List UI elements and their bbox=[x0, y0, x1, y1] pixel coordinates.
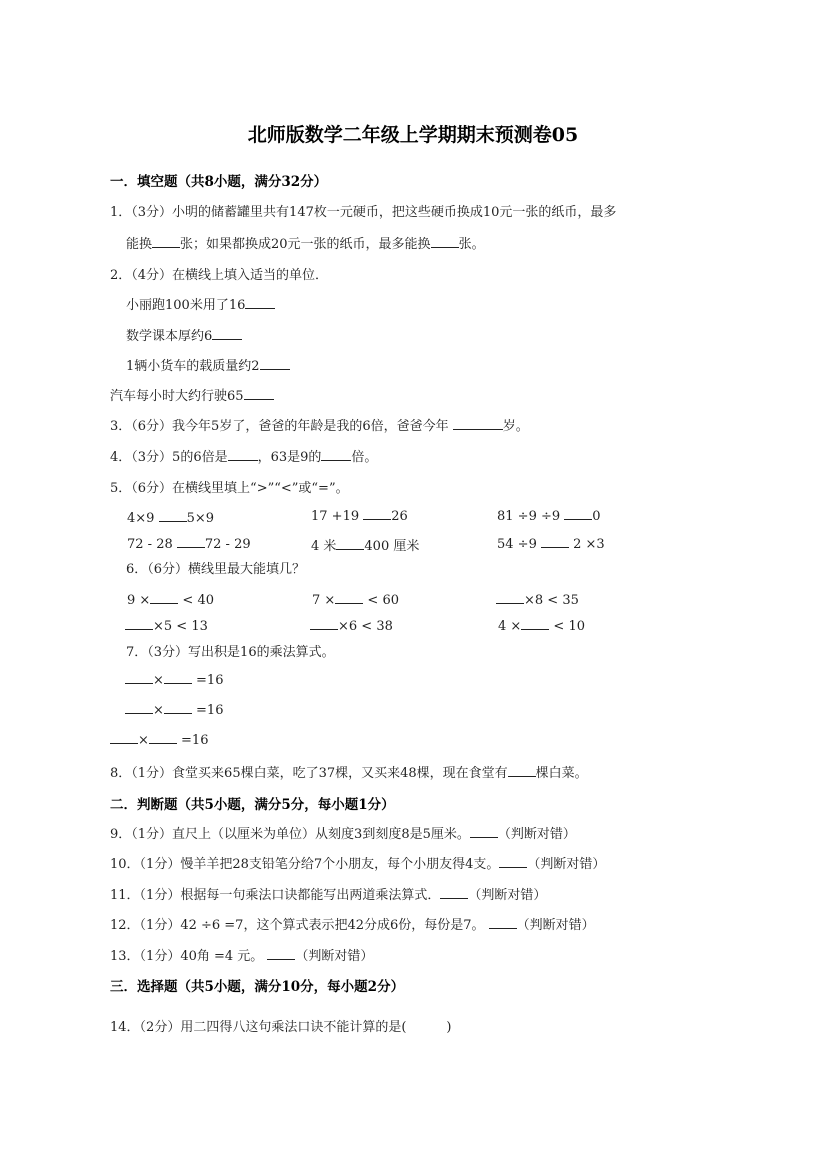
q6-item: 7 × < 60 bbox=[312, 591, 399, 608]
answer-blank[interactable] bbox=[564, 507, 592, 520]
page-title: 北师版数学二年级上学期期末预测卷05 bbox=[0, 120, 826, 147]
q6-item: 4 × < 10 bbox=[498, 617, 585, 634]
answer-blank[interactable] bbox=[499, 855, 527, 868]
q8-suffix: 棵白菜。 bbox=[536, 766, 588, 781]
q5-item: 4 米400 厘米 bbox=[311, 535, 419, 554]
answer-blank[interactable] bbox=[508, 764, 536, 777]
section-heading-fill-in: 一．填空题（共8小题，满分32分） bbox=[110, 170, 327, 190]
judge-question: 10．（1分）慢羊羊把28支铅笔分给7个小朋友，每个小朋友得4支。（判断对错） bbox=[110, 853, 605, 872]
section-heading-multiple-choice: 三．选择题（共5小题，满分10分，每小题2分） bbox=[110, 975, 404, 995]
question-6-stem: 6．（6分）横线里最大能填几？ bbox=[126, 558, 305, 577]
answer-blank[interactable] bbox=[496, 591, 524, 604]
question-1-line-1: 1．（3分）小明的储蓄罐里共有147枚一元硬币，把这些硬币换成10元一张的纸币，… bbox=[110, 201, 616, 220]
question-5-stem: 5．（6分）在横线里填上“>”“<”或“=”。 bbox=[110, 477, 349, 496]
judge-question: 13．（1分）40角 =4 元。 （判断对错） bbox=[110, 945, 373, 964]
q7-equation: × =16 bbox=[125, 701, 223, 718]
q6-item: ×5 < 13 bbox=[125, 617, 208, 634]
question-7-stem: 7．（3分）写出积是16的乘法算式。 bbox=[126, 641, 335, 660]
q2-item-text: 汽车每小时大约行驶65 bbox=[110, 389, 244, 404]
answer-blank[interactable] bbox=[470, 825, 498, 838]
answer-blank[interactable] bbox=[335, 591, 363, 604]
answer-blank[interactable] bbox=[489, 916, 517, 929]
q4-text-a: 4．（3分）5的6倍是 bbox=[110, 450, 228, 465]
judge-question: 11．（1分）根据每一句乘法口诀都能写出两道乘法算式．（判断对错） bbox=[110, 884, 546, 903]
q2-item-text: 1辆小货车的载质量约2 bbox=[126, 359, 260, 374]
q2-item-text: 数学课本厚约6 bbox=[126, 329, 212, 344]
q4-text-b: ，63是9的 bbox=[258, 450, 322, 465]
answer-blank[interactable] bbox=[260, 357, 290, 370]
q5-item: 54 ÷9 2 ×3 bbox=[497, 535, 605, 552]
answer-blank[interactable] bbox=[125, 617, 153, 630]
answer-blank[interactable] bbox=[521, 617, 549, 630]
answer-blank[interactable] bbox=[177, 535, 205, 548]
judge-question: 12．（1分）42 ÷6 =7，这个算式表示把42分成6份，每份是7。 （判断对… bbox=[110, 914, 595, 933]
answer-blank[interactable] bbox=[149, 731, 177, 744]
answer-blank[interactable] bbox=[440, 886, 468, 899]
answer-blank[interactable] bbox=[125, 701, 153, 714]
answer-blank[interactable] bbox=[164, 671, 192, 684]
answer-blank[interactable] bbox=[152, 235, 180, 248]
answer-paren-close: ) bbox=[446, 1020, 451, 1035]
q5-item: 4×9 5×9 bbox=[127, 509, 214, 526]
answer-blank[interactable] bbox=[125, 671, 153, 684]
answer-blank[interactable] bbox=[267, 947, 295, 960]
answer-blank[interactable] bbox=[363, 507, 391, 520]
answer-blank[interactable] bbox=[110, 731, 138, 744]
q4-text-c: 倍。 bbox=[351, 450, 377, 465]
q6-item: 9 × < 40 bbox=[127, 591, 214, 608]
exam-page: 北师版数学二年级上学期期末预测卷05 一．填空题（共8小题，满分32分） 1．（… bbox=[0, 0, 826, 1169]
answer-blank[interactable] bbox=[164, 701, 192, 714]
q8-text: 8．（1分）食堂买来65棵白菜，吃了37棵，又买来48棵，现在食堂有 bbox=[110, 766, 508, 781]
question-3: 3．（6分）我今年5岁了，爸爸的年龄是我的6倍，爸爸今年 岁。 bbox=[110, 415, 529, 434]
answer-blank[interactable] bbox=[245, 296, 275, 309]
question-2-stem: 2．（4分）在横线上填入适当的单位． bbox=[110, 264, 328, 283]
answer-blank[interactable] bbox=[244, 387, 274, 400]
answer-paren-open: ( bbox=[401, 1020, 406, 1035]
q5-item: 81 ÷9 ÷9 0 bbox=[497, 507, 601, 524]
question-2-item: 汽车每小时大约行驶65 bbox=[110, 385, 274, 404]
answer-blank[interactable] bbox=[453, 417, 503, 430]
answer-blank[interactable] bbox=[159, 509, 187, 522]
q5-item: 17 +19 26 bbox=[311, 507, 408, 524]
question-14: 14．（2分）用二四得八这句乘法口诀不能计算的是() bbox=[110, 1016, 451, 1035]
q2-item-text: 小丽跑100米用了16 bbox=[126, 298, 245, 313]
q1-text-b: 张；如果都换成20元一张的纸币，最多能换 bbox=[180, 237, 431, 252]
answer-blank[interactable] bbox=[431, 235, 459, 248]
judge-question: 9．（1分）直尺上（以厘米为单位）从刻度3到刻度8是5厘米。（判断对错） bbox=[110, 823, 576, 842]
q7-equation: × =16 bbox=[110, 731, 208, 748]
answer-blank[interactable] bbox=[541, 535, 569, 548]
question-4: 4．（3分）5的6倍是，63是9的倍。 bbox=[110, 446, 377, 465]
answer-blank[interactable] bbox=[212, 327, 242, 340]
answer-blank[interactable] bbox=[336, 537, 364, 550]
q14-text: 14．（2分）用二四得八这句乘法口诀不能计算的是 bbox=[110, 1020, 401, 1035]
q1-text-a: 能换 bbox=[126, 237, 152, 252]
answer-blank[interactable] bbox=[228, 448, 258, 461]
answer-blank[interactable] bbox=[321, 448, 351, 461]
question-1-line-2: 能换张；如果都换成20元一张的纸币，最多能换张。 bbox=[126, 233, 485, 252]
q6-item: ×8 < 35 bbox=[496, 591, 579, 608]
question-2-item: 数学课本厚约6 bbox=[126, 325, 242, 344]
q1-text-c: 张。 bbox=[459, 237, 485, 252]
q5-item: 72 - 28 72 - 29 bbox=[127, 535, 251, 552]
q3-suffix: 岁。 bbox=[503, 419, 529, 434]
q3-text: 3．（6分）我今年5岁了，爸爸的年龄是我的6倍，爸爸今年 bbox=[110, 419, 453, 434]
q7-equation: × =16 bbox=[125, 671, 223, 688]
section-heading-true-false: 二．判断题（共5小题，满分5分，每小题1分） bbox=[110, 793, 395, 813]
question-8: 8．（1分）食堂买来65棵白菜，吃了37棵，又买来48棵，现在食堂有棵白菜。 bbox=[110, 762, 588, 781]
answer-blank[interactable] bbox=[310, 617, 338, 630]
question-2-item: 1辆小货车的载质量约2 bbox=[126, 355, 290, 374]
q6-item: ×6 < 38 bbox=[310, 617, 393, 634]
question-2-item: 小丽跑100米用了16 bbox=[126, 294, 275, 313]
answer-blank[interactable] bbox=[150, 591, 178, 604]
